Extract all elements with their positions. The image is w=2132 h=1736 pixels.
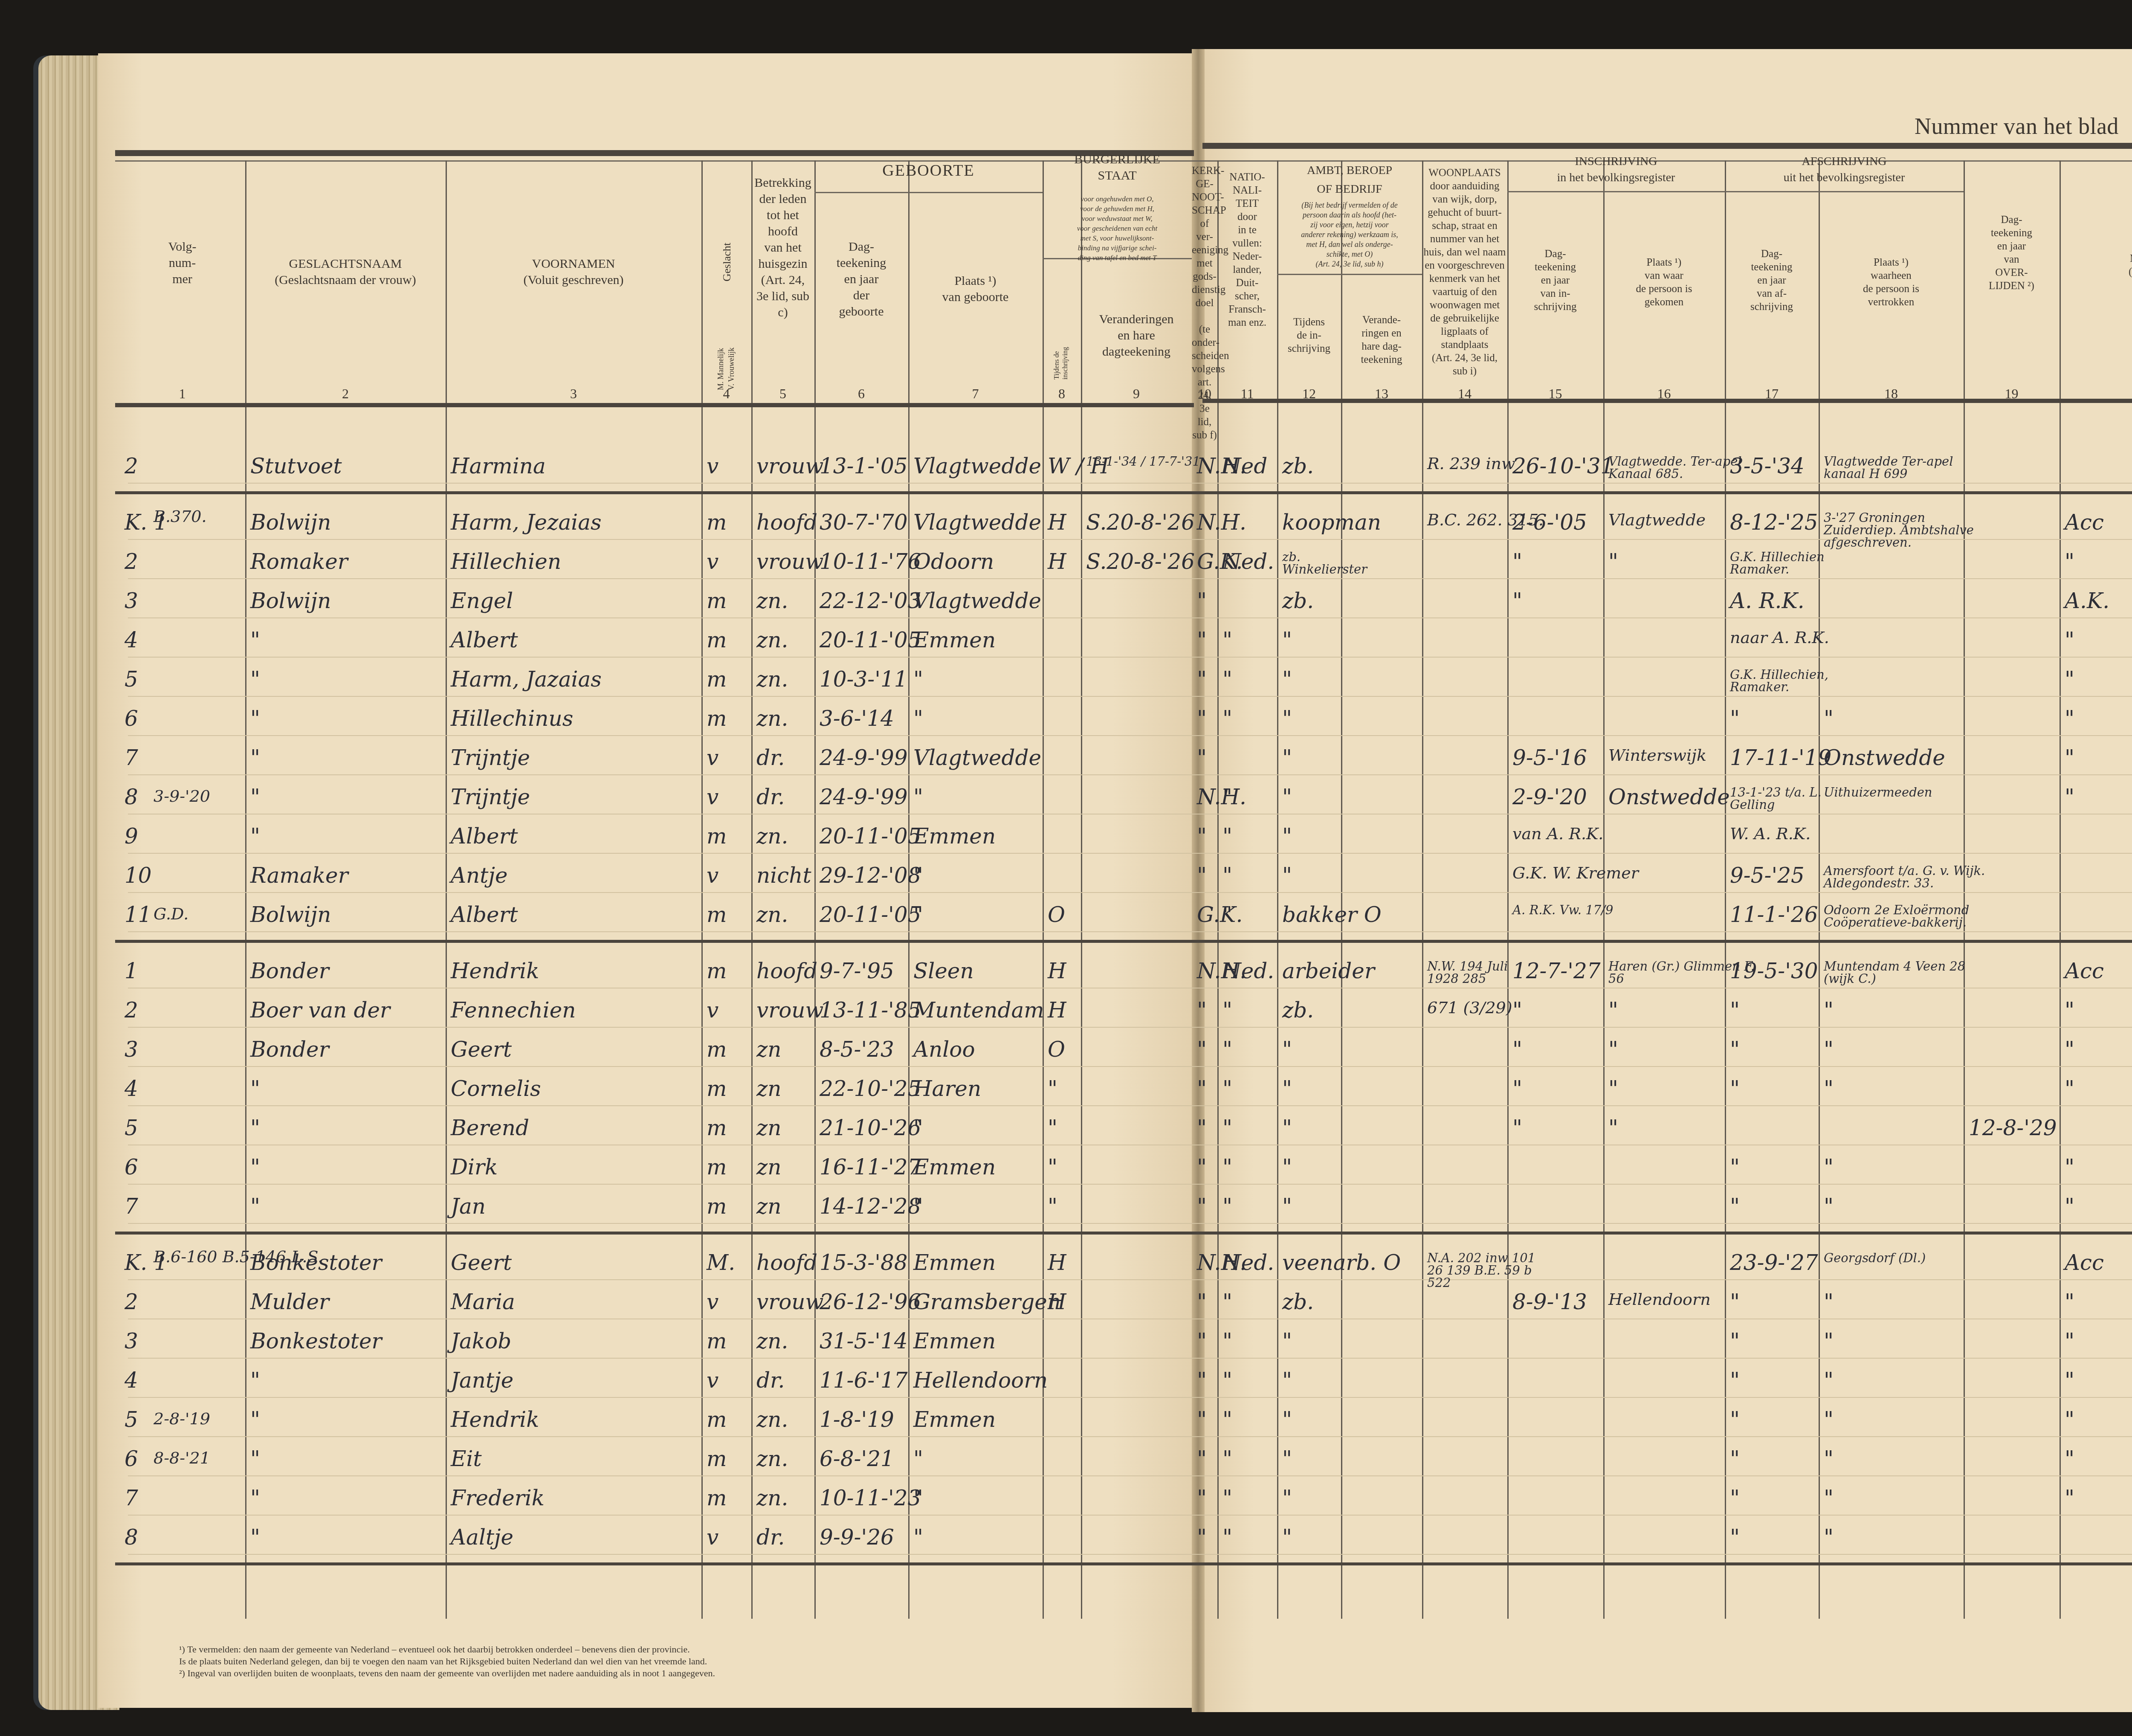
entry-nationality: Ned [1222,455,1267,477]
entry-firstnames: Hendrik [451,1409,539,1430]
entry-nr: 5 [125,1117,138,1139]
entry-sex: m [707,1078,727,1099]
entry-remarks: " [2065,1409,2074,1430]
entry-in-date: A. R.K. Vw. 17/9 [1512,904,1613,916]
column-number: 8 [1043,386,1081,402]
entry-out-to: " [1824,1000,1834,1021]
header-col-18: Plaats ¹) waarheen de persoon is vertrok… [1819,256,1964,309]
header-col-3: VOORNAMEN (Voluit geschreven) [446,256,701,288]
entry-nr: 7 [125,1487,138,1509]
entry-nr: 4 [125,629,138,651]
entry-remarks: " [2065,1078,2074,1099]
household-separator [115,1562,2132,1565]
entry-church: " [1197,826,1207,847]
entry-in-from: Onstwedde [1608,786,1730,808]
entry-nr: 2 [125,1000,138,1021]
header-col-8b: inschrijving [1062,347,1069,380]
entry-birth-place: Emmen [913,1252,996,1273]
row-ruling [128,1436,2132,1437]
entry-occupation: " [1282,629,1292,651]
entry-birth-place: " [913,1448,923,1469]
entry-birth-place: " [913,1196,923,1217]
entry-sex: v [707,747,718,768]
entry-nationality: " [1222,1117,1232,1139]
entry-occupation: " [1282,747,1292,768]
entry-firstnames: Frederik [451,1487,545,1509]
entry-nationality: " [1222,629,1232,651]
entry-birth-date: 22-12-'03 [820,590,921,612]
entry-relation: dr. [756,1527,785,1548]
entry-birth-date: 10-11-'76 [820,551,921,572]
header-col-5: Betrekking der leden tot het hoofd van h… [751,175,814,321]
entry-occupation: zb. [1282,455,1314,477]
entry-sex: m [707,904,727,925]
entry-in-date: 8-9-'13 [1512,1291,1587,1313]
entry-relation: zn. [756,669,788,690]
entry-civil: O [1048,904,1065,925]
ambt-group-rule [1277,274,1422,275]
row-ruling [128,1554,2132,1555]
entry-address: N.A. 202 inw 101 26 139 B.E. 59 b 522 [1427,1252,1538,1289]
entry-church: N.H. [1197,512,1246,533]
column-divider [1603,160,1605,1619]
entry-surname: Bolwijn [250,904,331,925]
entry-occupation: " [1282,1078,1292,1099]
entry-church: " [1197,1370,1207,1391]
entry-firstnames: Albert [451,904,518,925]
entry-nationality: " [1222,1330,1232,1352]
entry-nationality: " [1222,1409,1232,1430]
entry-relation: dr. [756,1370,785,1391]
entry-church: " [1197,629,1207,651]
entry-in-from: " [1608,1078,1618,1099]
row-ruling [128,988,2132,988]
entry-remarks: " [2065,669,2074,690]
entry-firstnames: Maria [451,1291,515,1313]
entry-birth-date: 20-11-'05 [820,629,921,651]
column-divider [446,160,447,1619]
entry-civil: H [1048,1291,1066,1313]
header-ambt: AMBT, BEROEP OF BEDRIJF [1277,161,1422,199]
entry-remarks: " [2065,1196,2074,1217]
entry-occupation: " [1282,865,1292,886]
entry-relation: zn. [756,1330,788,1352]
entry-surname: " [250,1527,260,1548]
entry-relation: zn. [756,826,788,847]
entry-relation: hoofd [756,960,817,982]
entry-civil-change: S.20-8-'26 [1086,551,1195,572]
entry-birth-place: Emmen [913,1330,996,1352]
entry-in-date: 2-9-'20 [1512,786,1587,808]
entry-surname: " [250,669,260,690]
entry-firstnames: Trijntje [451,747,530,768]
entry-out-to: " [1824,1196,1834,1217]
entry-civil: H [1048,960,1066,982]
entry-civil-change: 13-1-'34 / 17-7-'31 [1086,455,1200,468]
footnote: ¹) Te vermelden: den naam der gemeente v… [179,1644,690,1655]
column-number: 2 [245,386,446,402]
entry-birth-date: 29-12-'08 [820,865,921,886]
entry-remarks: Acc [2065,1252,2104,1273]
entry-surname: " [250,1196,260,1217]
header-burgerlijke-staat: BURGERLIJKE STAAT [1043,151,1192,184]
entry-sex: v [707,1000,718,1021]
entry-relation: vrouw [756,1291,823,1313]
entry-birth-place: " [913,669,923,690]
row-ruling [128,1105,2132,1106]
entry-nationality: " [1222,708,1232,729]
entry-birth-place: Vlagtwedde [913,590,1041,612]
entry-relation: zn [756,1117,782,1139]
column-divider [1277,160,1278,1619]
entry-nationality: " [1222,1078,1232,1099]
row-ruling [128,1515,2132,1516]
column-divider [1043,160,1044,1619]
entry-firstnames: Harmina [451,455,546,477]
entry-birth-date: 13-11-'85 [820,1000,921,1021]
entry-church: " [1197,1196,1207,1217]
entry-birth-date: 9-7-'95 [820,960,894,982]
entry-nr: 10 [125,865,152,886]
entry-church: " [1197,1000,1207,1021]
entry-civil: " [1048,1196,1057,1217]
household-separator [115,940,2132,943]
entry-surname: Bolwijn [250,512,331,533]
entry-firstnames: Berend [451,1117,529,1139]
entry-out-to: " [1824,708,1834,729]
entry-firstnames: Aaltje [451,1527,513,1548]
entry-out-to: " [1824,1330,1834,1352]
entry-nationality: " [1222,786,1232,808]
entry-nr: 2 [125,551,138,572]
entry-in-date: 12-7-'27 [1512,960,1601,982]
column-number: 7 [908,386,1043,402]
entry-occupation: arbeider [1282,960,1372,982]
entry-birth-date: 10-11-'23 [820,1487,921,1509]
entry-out-to: " [1824,1291,1834,1313]
entry-civil: O [1048,1039,1065,1060]
header-burgerlijke-staat-note: voor ongehuwden met O, voor de gehuwden … [1043,194,1192,263]
entry-nationality: Ned. [1222,960,1274,982]
entry-birth-date: 11-6-'17 [820,1370,908,1391]
entry-remarks: " [2065,1291,2074,1313]
entry-out-to: Uithuizermeeden [1824,786,1932,799]
row-ruling [128,735,2132,736]
entry-occupation: " [1282,669,1292,690]
header-col-20: AAN- MERKINGEN (Art. 24, 5e lid) [2060,239,2132,278]
row-ruling [128,1358,2132,1359]
entry-surname: Bonder [250,960,329,982]
entry-out-date: 17-11-'19 [1730,747,1831,768]
column-divider [1507,160,1509,1619]
entry-out-date: 8-12-'25 [1730,512,1818,533]
entry-firstnames: Harm, Jezaias [451,512,602,533]
margin-note: 3-9-'20 [154,788,210,804]
entry-nr: 7 [125,1196,138,1217]
entry-remarks: A.K. [2065,590,2109,612]
entry-surname: " [250,826,260,847]
entry-church: " [1197,1078,1207,1099]
entry-nr: 11 [125,904,152,925]
entry-in-date: 26-10-'31 [1512,455,1614,477]
entry-surname: Mulder [250,1291,329,1313]
entry-nationality: " [1222,669,1232,690]
entry-sex: m [707,1448,727,1469]
entry-relation: zn. [756,629,788,651]
entry-relation: zn [756,1196,782,1217]
entry-birth-place: " [913,786,923,808]
entry-birth-date: 21-10-'26 [820,1117,921,1139]
entry-in-date: " [1512,1078,1522,1099]
entry-birth-date: 24-9-'99 [820,786,908,808]
entry-death: 12-8-'29 [1969,1117,2057,1139]
entry-occupation: " [1282,1330,1292,1352]
entry-out-date: 3-5-'34 [1730,455,1805,477]
entry-firstnames: Harm, Jazaias [451,669,602,690]
entry-in-date: " [1512,1117,1522,1139]
entry-out-to: Odoorn 2e Exloërmond Coöperatieve-bakker… [1824,904,1994,929]
entry-birth-date: 20-11-'05 [820,904,921,925]
row-ruling [128,931,2132,932]
entry-remarks: " [2065,1487,2074,1509]
entry-relation: zn [756,1078,782,1099]
entry-nr: 5 [125,669,138,690]
entry-church: N.H. [1197,786,1246,808]
entry-firstnames: Hillechien [451,551,561,572]
entry-relation: zn. [756,590,788,612]
entry-in-date: " [1512,1039,1522,1060]
entry-sex: v [707,786,718,808]
entry-nr: 5 [125,1409,138,1430]
column-divider [1341,160,1342,1619]
entry-birth-place: " [913,1527,923,1548]
entry-relation: hoofd [756,1252,817,1273]
column-divider [245,160,246,1619]
header-col-6: Dag- teekening en jaar der geboorte [814,239,908,320]
entry-nr: 7 [125,747,138,768]
row-ruling [128,892,2132,893]
entry-nr: 6 [125,1156,138,1178]
entry-remarks: " [2065,1039,2074,1060]
entry-out-date: " [1730,708,1740,729]
header-col-14: WOONPLAATS door aanduiding van wijk, dor… [1422,166,1507,378]
entry-out-to: Amersfoort t/a. G. v. Wijk. Aldegondestr… [1824,865,1994,890]
row-ruling [128,696,2132,697]
entry-firstnames: Hillechinus [451,708,573,729]
entry-nationality: " [1222,1000,1232,1021]
entry-occupation: bakker O [1282,904,1372,925]
entry-birth-place: " [913,1487,923,1509]
entry-in-from: Vlagtwedde [1608,512,1706,528]
entry-remarks: " [2065,786,2074,808]
entry-surname: " [250,629,260,651]
entry-out-date: " [1730,1527,1740,1548]
geboorte-group-rule [814,192,1043,193]
entry-occupation: zb. Winkelierster [1282,551,1372,576]
entry-out-date: 9-5-'25 [1730,865,1805,886]
header-afschrijving: AFSCHRIJVING uit het bevolkingsregister [1725,154,1964,186]
entry-out-to: " [1824,1527,1834,1548]
entry-relation: zn. [756,708,788,729]
entry-remarks: " [2065,747,2074,768]
entry-occupation: zb. [1282,590,1314,612]
entry-nationality: Ned. [1222,1252,1274,1273]
entry-remarks: " [2065,708,2074,729]
entry-out-to: " [1824,1156,1834,1178]
entry-firstnames: Hendrik [451,960,539,982]
entry-remarks: " [2065,1156,2074,1178]
entry-birth-date: 13-1-'05 [820,455,908,477]
entry-firstnames: Dirk [451,1156,498,1178]
household-separator [115,491,2132,494]
entry-occupation: " [1282,708,1292,729]
entry-in-from: Hellendoorn [1608,1291,1711,1307]
entry-sex: m [707,1117,727,1139]
entry-civil: " [1048,1078,1057,1099]
entry-civil: " [1048,1117,1057,1139]
entry-birth-date: 16-11-'27 [820,1156,921,1178]
entry-surname: Bonder [250,1039,329,1060]
entry-birth-date: 10-3-'11 [820,669,908,690]
row-ruling [128,483,2132,484]
column-number: 5 [751,386,814,402]
entry-firstnames: Antje [451,865,508,886]
entry-surname: " [250,786,260,808]
entry-church: " [1197,1409,1207,1430]
header-col-11: NATIO- NALI- TEIT door in te vullen: Ned… [1217,171,1277,329]
entry-firstnames: Geert [451,1039,512,1060]
column-divider [751,160,753,1619]
entry-birth-place: " [913,708,923,729]
header-col-17: Dag- teekening en jaar van af- schrijvin… [1725,247,1819,313]
entry-birth-place: Gramsbergen [913,1291,1061,1313]
entry-relation: vrouw [756,1000,823,1021]
entry-birth-place: Emmen [913,1409,996,1430]
entry-sex: m [707,960,727,982]
entry-sex: m [707,1330,727,1352]
entry-firstnames: Fennechien [451,1000,576,1021]
entry-birth-place: Odoorn [913,551,994,572]
margin-note: G.D. [154,906,188,922]
header-col-15: Dag- teekening en jaar van in- schrijvin… [1507,247,1603,313]
entry-firstnames: Jantje [451,1370,513,1391]
column-divider [1819,160,1820,1619]
entry-church: " [1197,1156,1207,1178]
entry-in-date: " [1512,590,1522,612]
entry-in-from: " [1608,1117,1618,1139]
entry-nr: K. 1 [125,1252,168,1273]
entry-in-date: " [1512,1000,1522,1021]
entry-out-date: " [1730,1291,1740,1313]
entry-remarks: " [2065,1448,2074,1469]
entry-surname: Bonkestoter [250,1252,382,1273]
row-ruling [128,774,2132,775]
entry-civil: H [1048,1252,1066,1273]
header-bottom-rule [1202,399,2132,403]
entry-sex: v [707,455,718,477]
inschrijving-group-rule [1507,191,1964,192]
entry-out-to: Onstwedde [1824,747,1945,768]
entry-surname: Ramaker [250,865,348,886]
column-divider [1725,160,1726,1619]
entry-civil: " [1048,1156,1057,1178]
entry-birth-place: Emmen [913,1156,996,1178]
entry-nationality: " [1222,1039,1232,1060]
entry-nationality: Ned. [1222,551,1274,572]
entry-firstnames: Trijntje [451,786,530,808]
entry-nr: 3 [125,1039,138,1060]
entry-birth-place: Hellendoorn [913,1370,1048,1391]
entry-surname: " [250,1409,260,1430]
entry-relation: zn. [756,1409,788,1430]
entry-firstnames: Geert [451,1252,512,1273]
header-col-8: Tijdens de [1053,351,1061,380]
margin-note: 8-8-'21 [154,1450,210,1466]
entry-out-to: " [1824,1078,1834,1099]
column-number: 3 [446,386,701,402]
header-col-2: GESLACHTSNAAM (Geslachtsnaam der vrouw) [245,256,446,288]
entry-occupation: zb. [1282,1291,1314,1313]
entry-occupation: " [1282,1448,1292,1469]
entry-in-date: G.K. W. Kremer [1512,865,1634,881]
entry-birth-date: 20-11-'05 [820,826,921,847]
entry-out-to: Georgsdorf (Dl.) [1824,1252,1926,1264]
entry-remarks: Acc [2065,960,2104,982]
entry-out-date: A. R.K. [1730,590,1805,612]
entry-out-to: " [1824,1487,1834,1509]
column-number: 1 [119,386,245,402]
entry-civil: H [1048,1000,1066,1021]
entry-surname: " [250,1370,260,1391]
entry-civil: H [1048,551,1066,572]
entry-nr: 4 [125,1078,138,1099]
entry-birth-place: Muntendam [913,1000,1044,1021]
entry-out-date: " [1730,1448,1740,1469]
entry-out-date: " [1730,1000,1740,1021]
header-geboorte: GEBOORTE [814,162,1043,179]
entry-occupation: koopman [1282,512,1372,533]
entry-sex: M. [707,1252,735,1273]
entry-remarks: " [2065,551,2074,572]
entry-sex: v [707,1370,718,1391]
entry-out-date: " [1730,1156,1740,1178]
entry-address: 671 (3/29) [1427,1000,1512,1016]
entry-occupation: " [1282,826,1292,847]
entry-sex: m [707,512,727,533]
entry-church: " [1197,1487,1207,1509]
entry-surname: " [250,1487,260,1509]
entry-birth-date: 15-3-'88 [820,1252,908,1273]
entry-out-to: Vlagtwedde Ter-apel kanaal H 699 [1824,455,1994,480]
entry-relation: nicht [756,865,811,886]
entry-birth-date: 31-5-'14 [820,1330,908,1352]
entry-relation: dr. [756,786,785,808]
entry-out-date: " [1730,1078,1740,1099]
entry-address: R. 239 inw [1427,455,1515,472]
entry-church: " [1197,1117,1207,1139]
sheet-number-label: Nummer van het blad [1915,113,2119,139]
row-ruling [128,617,2132,618]
entry-church: " [1197,747,1207,768]
header-top-rule [1202,143,2132,149]
entry-birth-date: 30-7-'70 [820,512,908,533]
entry-church: " [1197,1291,1207,1313]
entry-occupation: " [1282,1370,1292,1391]
entry-nationality: " [1222,1156,1232,1178]
row-ruling [128,1184,2132,1185]
header-geslacht-m: M. Mannelijk [716,348,725,390]
entry-nr: 4 [125,1370,138,1391]
